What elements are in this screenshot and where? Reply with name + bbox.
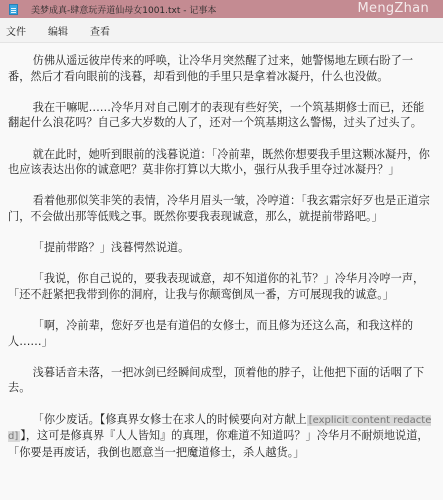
menu-edit[interactable]: 编辑 — [48, 23, 68, 38]
notepad-window: 美梦成真-肆意玩弄道仙母女1001.txt - 记事本 MengZhan 文件 … — [0, 0, 443, 500]
notepad-icon — [9, 4, 18, 15]
watermark: MengZhan — [358, 1, 429, 16]
menu-file[interactable]: 文件 — [6, 23, 26, 38]
paragraph: 「啊，冷前辈，您好歹也是有道侣的女修士，而且修为还这么高，和我这样的人……」 — [8, 318, 435, 349]
paragraph-text: 「你少废话。【修真界女修士在求人的时候要向对方献上 — [33, 413, 307, 426]
title-bar[interactable]: 美梦成真-肆意玩弄道仙母女1001.txt - 记事本 MengZhan — [0, 0, 443, 18]
paragraph-text: 】，这可是修真界『人人皆知』的真理，你难道不知道吗？」冷华月不耐烦地说道，「你要… — [8, 429, 429, 459]
menu-bar: 文件 编辑 查看 — [0, 18, 443, 43]
paragraph: 「我说，你自己说的，要我表现诚意，却不知道你的礼节？」冷华月冷哼一声，「还不赶紧… — [8, 271, 435, 302]
paragraph: 我在干嘛呢……冷华月对自己刚才的表现有些好笑，一个筑基期修士而已，还能翻起什么浪… — [8, 100, 435, 131]
window-title: 美梦成真-肆意玩弄道仙母女1001.txt - 记事本 — [31, 3, 216, 16]
paragraph: 看着他那似笑非笑的表情，冷华月眉头一皱，冷哼道：「我玄霜宗好歹也是正道宗门，不会… — [8, 193, 435, 224]
text-editor[interactable]: 仿佛从遥远彼岸传来的呼唤，让冷华月突然醒了过来，她警惕地左顾右盼了一番，然后才看… — [0, 43, 443, 500]
paragraph: 仿佛从遥远彼岸传来的呼唤，让冷华月突然醒了过来，她警惕地左顾右盼了一番，然后才看… — [8, 53, 435, 84]
menu-view[interactable]: 查看 — [90, 23, 110, 38]
paragraph: 「提前带路？」浅暮愕然说道。 — [8, 240, 435, 256]
paragraph: 就在此时，她听到眼前的浅暮说道：「冷前辈，既然你想要我手里这颗冰凝丹，你也应该表… — [8, 147, 435, 178]
paragraph: 「你少废话。【修真界女修士在求人的时候要向对方献上[explicit conte… — [8, 412, 435, 461]
paragraph: 浅暮话音未落，一把冰剑已经瞬间成型，顶着他的脖子，让他把下面的话咽了下去。 — [8, 365, 435, 396]
